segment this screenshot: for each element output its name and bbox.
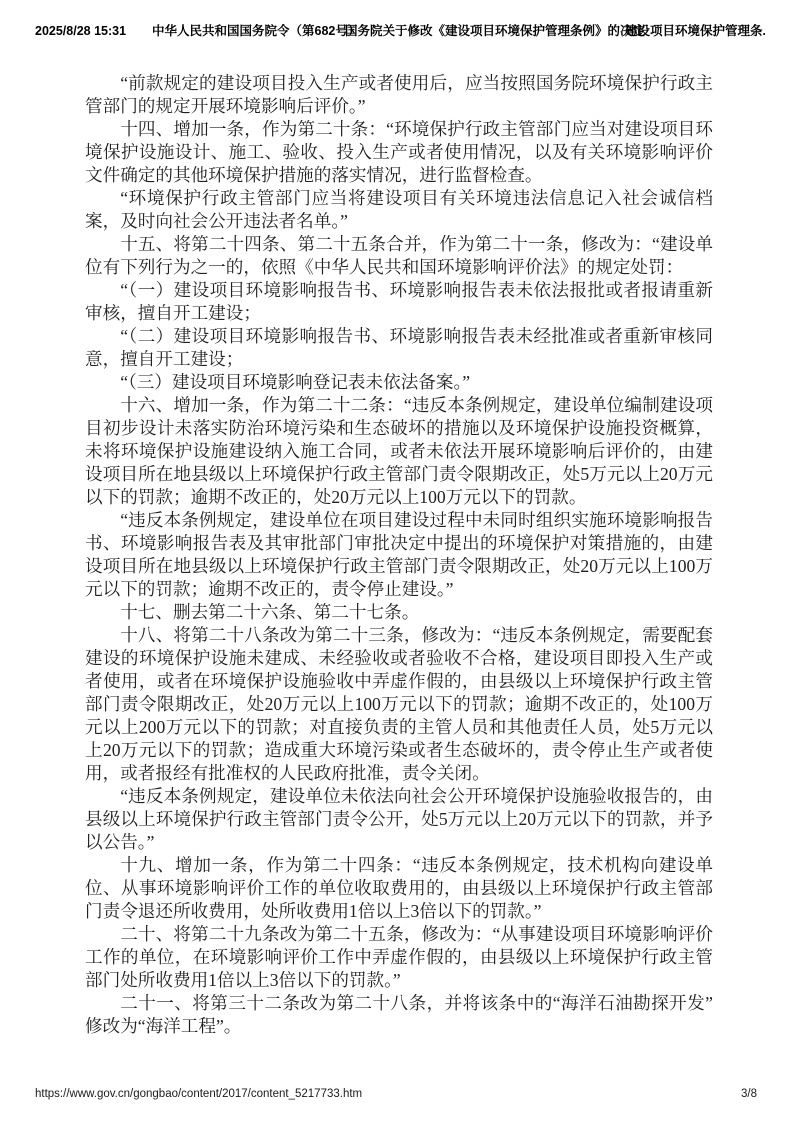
paragraph: 十八、将第二十八条改为第二十三条，修改为：“违反本条例规定，需要配套建设的环境保… xyxy=(85,624,713,785)
print-header: 2025/8/28 15:31 中华人民共和国国务院令（第682号） 国务院关于… xyxy=(0,24,793,40)
doc-title-decree: 中华人民共和国国务院令（第682号） xyxy=(152,24,360,38)
source-url: https://www.gov.cn/gongbao/content/2017/… xyxy=(35,1088,362,1101)
paragraph: “（一）建设项目环境影响报告书、环境影响报告表未依法报批或者报请重新审核，擅自开… xyxy=(85,279,713,325)
paragraph: “（三）建设项目环境影响登记表未依法备案。” xyxy=(85,371,713,394)
print-footer: https://www.gov.cn/gongbao/content/2017/… xyxy=(0,1088,793,1104)
paragraph: 十七、删去第二十六条、第二十七条。 xyxy=(85,601,713,624)
paragraph: “违反本条例规定，建设单位在项目建设过程中未同时组织实施环境影响报告书、环境影响… xyxy=(85,509,713,601)
paragraph: 十四、增加一条，作为第二十条：“环境保护行政主管部门应当对建设项目环境保护设施设… xyxy=(85,118,713,187)
doc-title-decision: 国务院关于修改《建设项目环境保护管理条例》的决定 xyxy=(345,24,645,38)
page-number: 3/8 xyxy=(741,1088,757,1101)
doc-title-truncated: 建设项目环境保护管理条... xyxy=(625,24,765,38)
paragraph: “违反本条例规定，建设单位未依法向社会公开环境保护设施验收报告的，由县级以上环境… xyxy=(85,785,713,854)
printed-document-page: 2025/8/28 15:31 中华人民共和国国务院令（第682号） 国务院关于… xyxy=(0,0,793,1122)
document-body: “前款规定的建设项目投入生产或者使用后，应当按照国务院环境保护行政主管部门的规定… xyxy=(85,72,713,1038)
paragraph: 十五、将第二十四条、第二十五条合并，作为第二十一条，修改为：“建设单位有下列行为… xyxy=(85,233,713,279)
paragraph: 二十一、将第三十二条改为第二十八条，并将该条中的“海洋石油勘探开发”修改为“海洋… xyxy=(85,992,713,1038)
paragraph: “环境保护行政主管部门应当将建设项目有关环境违法信息记入社会诚信档案，及时向社会… xyxy=(85,187,713,233)
paragraph: “（二）建设项目环境影响报告书、环境影响报告表未经批准或者重新审核同意，擅自开工… xyxy=(85,325,713,371)
print-datetime: 2025/8/28 15:31 xyxy=(35,24,126,38)
paragraph: 十六、增加一条，作为第二十二条：“违反本条例规定，建设单位编制建设项目初步设计未… xyxy=(85,394,713,509)
paragraph: 二十、将第二十九条改为第二十五条，修改为：“从事建设项目环境影响评价工作的单位，… xyxy=(85,923,713,992)
paragraph: “前款规定的建设项目投入生产或者使用后，应当按照国务院环境保护行政主管部门的规定… xyxy=(85,72,713,118)
paragraph: 十九、增加一条，作为第二十四条：“违反本条例规定，技术机构向建设单位、从事环境影… xyxy=(85,854,713,923)
